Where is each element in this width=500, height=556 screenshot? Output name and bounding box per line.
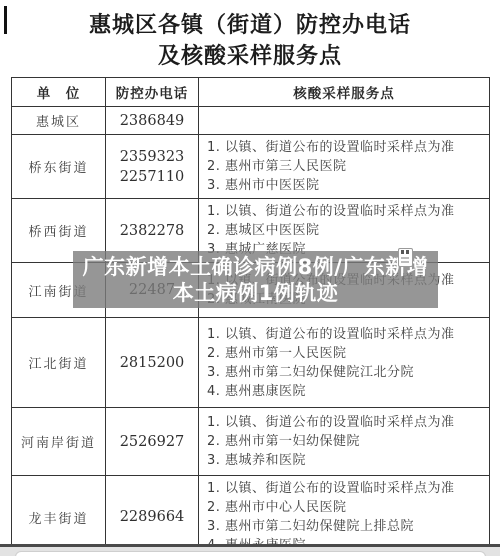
points-cell	[199, 107, 490, 135]
table-row: 河南岸街道 2526927 1. 以镇、街道公布的设置临时采样点为准 2. 惠州…	[12, 408, 490, 476]
phone-cell: 2386849	[106, 107, 199, 135]
table-header-row: 单 位 防控办电话 核酸采样服务点	[12, 78, 490, 107]
phone-cell: 2526927	[106, 408, 199, 476]
unit-cell: 惠城区	[12, 107, 106, 135]
unit-cell: 河南岸街道	[12, 408, 106, 476]
page: 惠城区各镇（街道）防控办电话 及核酸采样服务点 单 位 防控办电话 核酸采样服务…	[0, 0, 500, 556]
points-cell: 1. 以镇、街道公布的设置临时采样点为准 2. 惠州市第一人民医院 3. 惠州市…	[199, 318, 490, 408]
card-top-edge	[15, 551, 486, 556]
contact-table: 单 位 防控办电话 核酸采样服务点 惠城区 2386849 桥东街道 23593…	[11, 77, 490, 556]
headline-line-2: 本土病例1例轨迹	[173, 280, 339, 306]
table-row: 惠城区 2386849	[12, 107, 490, 135]
page-title: 惠城区各镇（街道）防控办电话 及核酸采样服务点	[0, 10, 500, 72]
headline-line-1: 广东新增本土确诊病例8例/广东新增	[83, 254, 429, 280]
unit-cell: 桥东街道	[12, 135, 106, 199]
unit-cell: 江北街道	[12, 318, 106, 408]
phone-cell: 2359323 2257110	[106, 135, 199, 199]
headline-overlay: 广东新增本土确诊病例8例/广东新增 本土病例1例轨迹	[73, 251, 438, 308]
header-phone: 防控办电话	[106, 78, 199, 107]
points-cell: 1. 以镇、街道公布的设置临时采样点为准 2. 惠州市第三人民医院 3. 惠州市…	[199, 135, 490, 199]
bottom-band	[0, 547, 500, 556]
header-points: 核酸采样服务点	[199, 78, 490, 107]
table-row: 桥东街道 2359323 2257110 1. 以镇、街道公布的设置临时采样点为…	[12, 135, 490, 199]
title-line-1: 惠城区各镇（街道）防控办电话	[0, 10, 500, 41]
header-unit: 单 位	[12, 78, 106, 107]
mini-badge-icon	[398, 248, 413, 267]
title-line-2: 及核酸采样服务点	[0, 41, 500, 72]
points-cell: 1. 以镇、街道公布的设置临时采样点为准 2. 惠州市第一妇幼保健院 3. 惠城…	[199, 408, 490, 476]
phone-cell: 2815200	[106, 318, 199, 408]
table-row: 江北街道 2815200 1. 以镇、街道公布的设置临时采样点为准 2. 惠州市…	[12, 318, 490, 408]
